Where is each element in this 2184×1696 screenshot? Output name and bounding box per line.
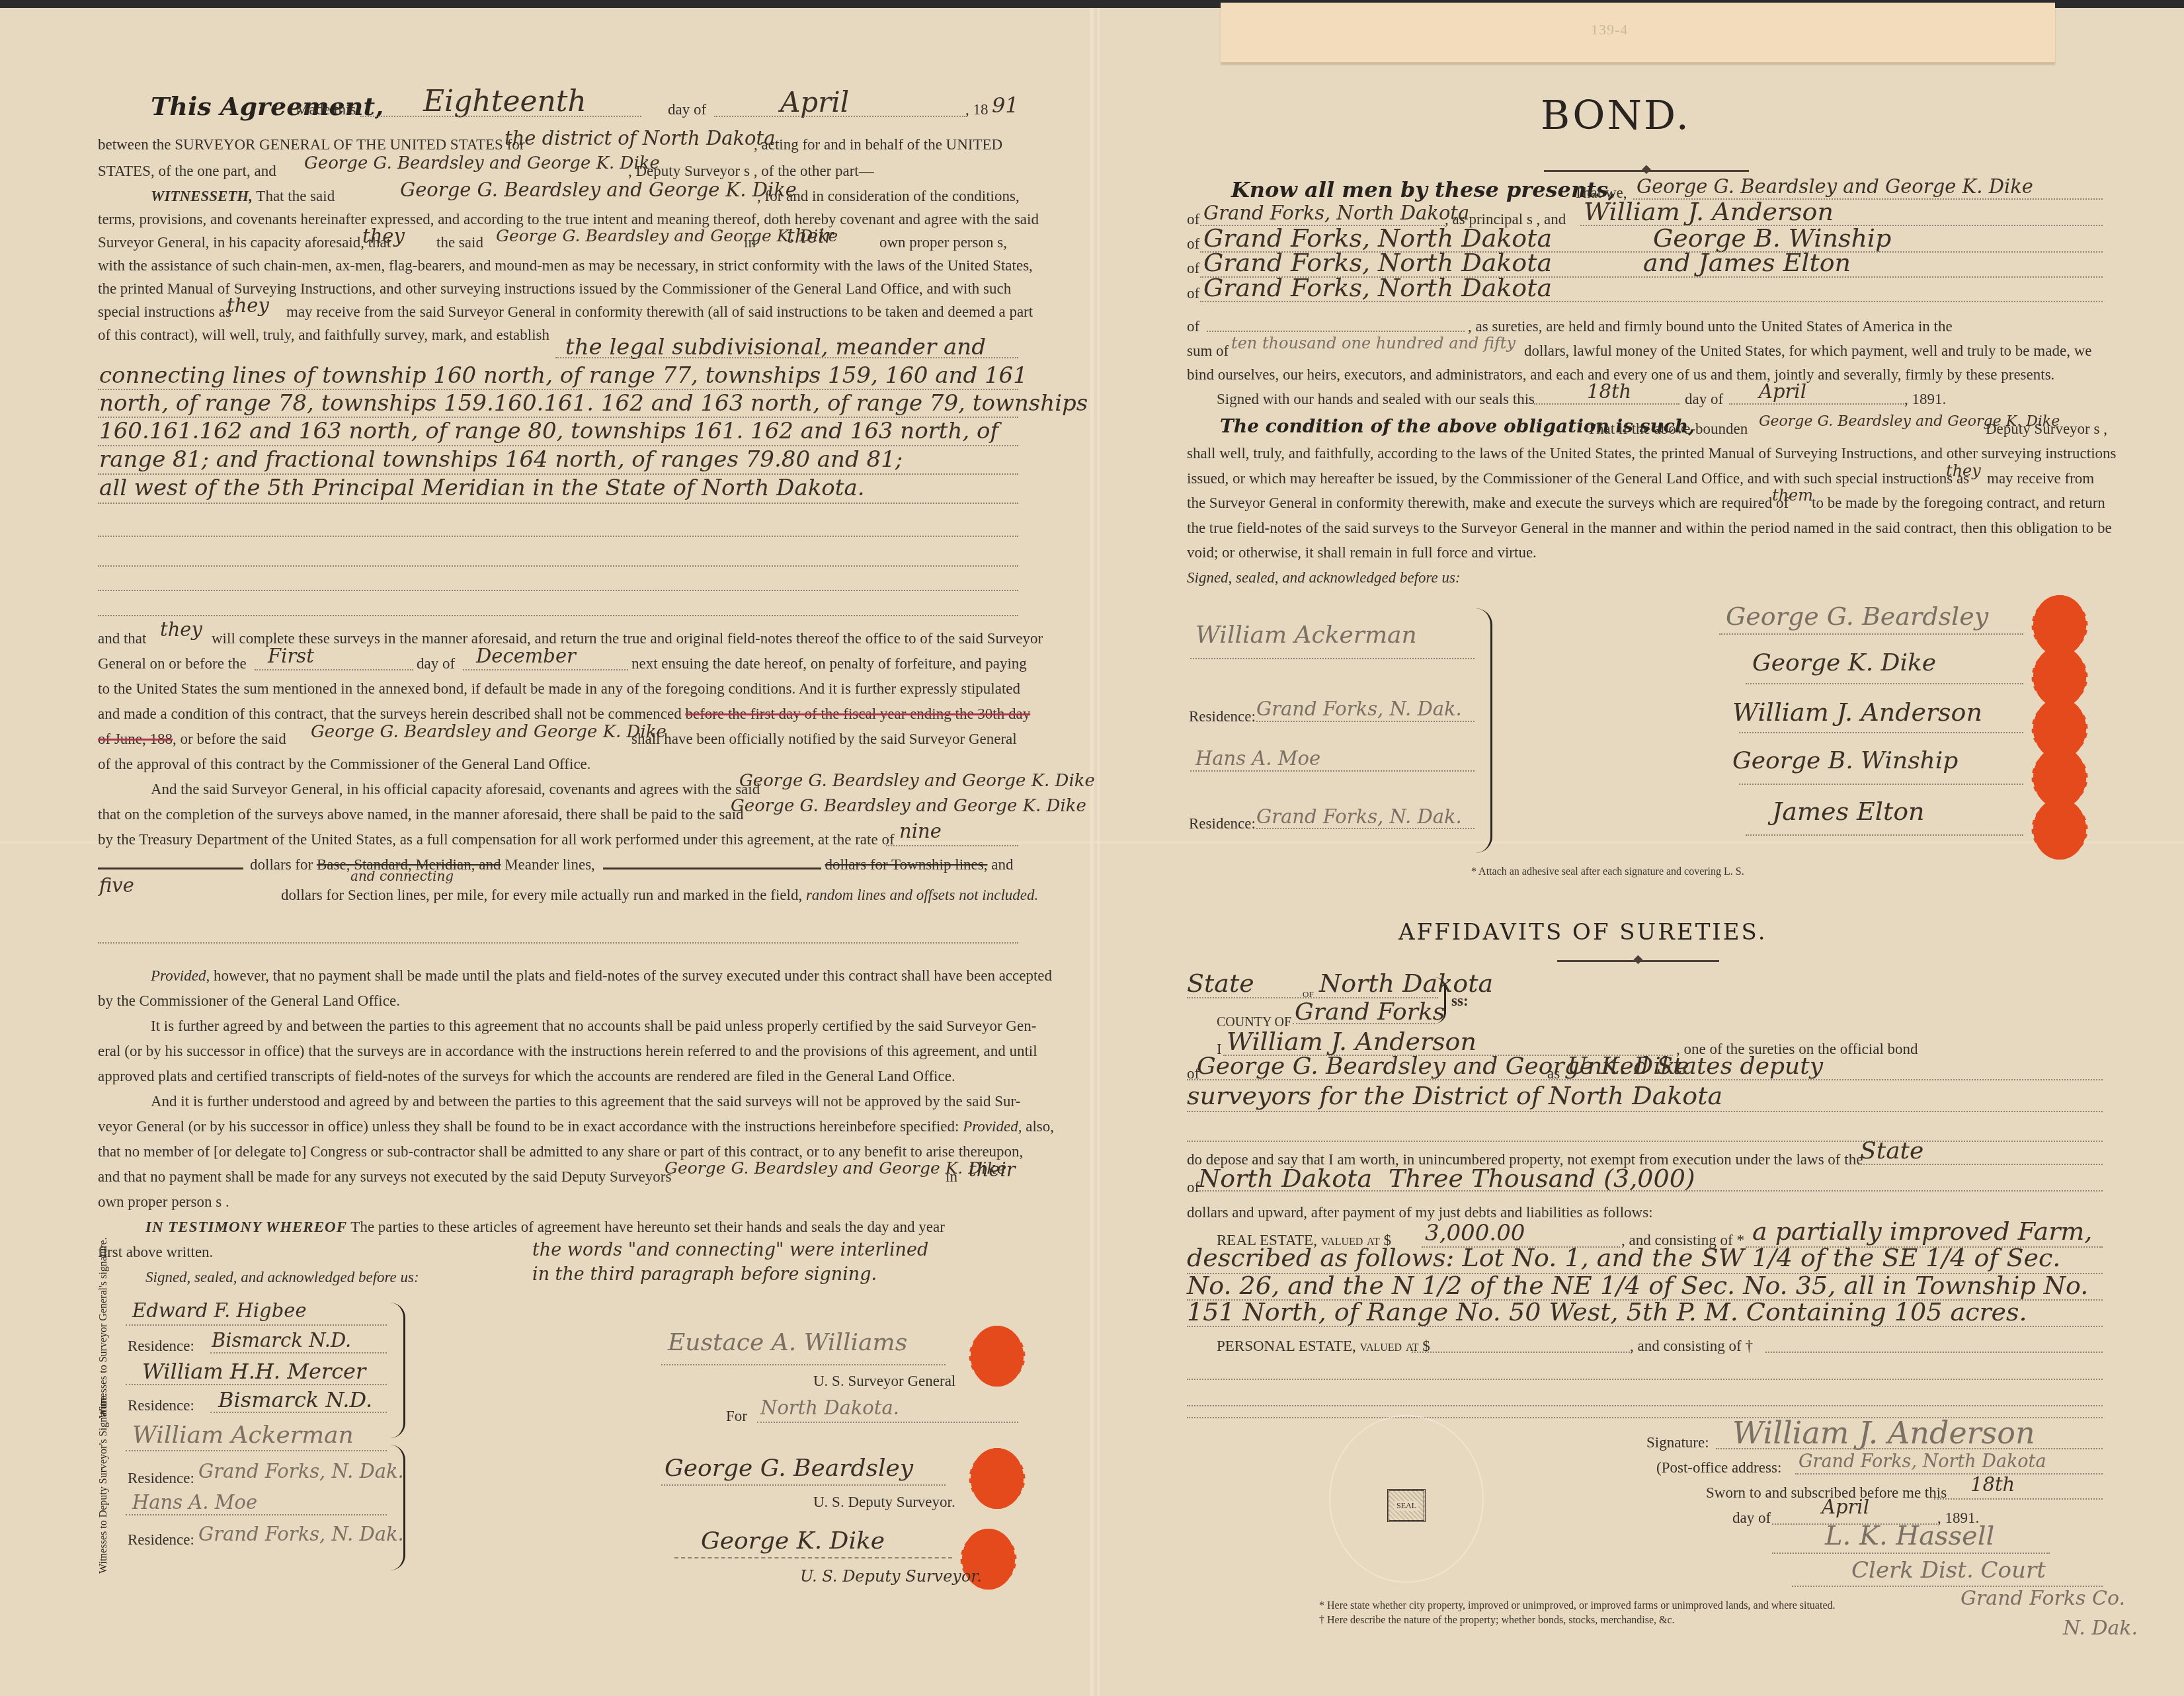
label: , 18 [965, 101, 989, 119]
bond-witness-name: William Ackerman [1195, 622, 1417, 649]
month-field[interactable]: April [780, 86, 849, 118]
real-estate-desc-3[interactable]: No. 26, and the N 1/2 of the NE 1/4 of S… [1187, 1271, 2088, 1300]
text: by the Treasury Department of the United… [98, 830, 895, 849]
archival-paper-slip: 139-4 [1221, 3, 2055, 63]
real-estate-desc-2[interactable]: described as follows: Lot No. 1, and the… [1187, 1243, 2060, 1272]
text: in [744, 233, 756, 252]
dotted-line [1534, 403, 1679, 405]
first-field[interactable]: First [268, 645, 314, 667]
text: next ensuing the date hereof, on penalty… [631, 655, 1027, 673]
dotted-line [360, 116, 641, 117]
bond-witness-residence: Grand Forks, N. Dak. [1256, 805, 1462, 828]
surety-name[interactable]: and James Elton [1643, 248, 1851, 277]
text: dollars, lawful money of the United Stat… [1524, 342, 2091, 360]
dotted-line [555, 357, 1018, 358]
parties-field-6[interactable]: George G. Beardsley and George K. Dike [731, 796, 1086, 816]
wax-seal [2033, 799, 2086, 860]
dotted-line [1187, 1379, 2103, 1380]
depose-field[interactable]: State [1860, 1137, 1923, 1164]
dotted-line [210, 1352, 387, 1353]
text: That if the above-bounden [1587, 420, 1748, 438]
worth-amount-field[interactable]: Three Thousand (3,000) [1389, 1164, 1695, 1193]
clerk-place-1: Grand Forks Co. [1961, 1587, 2125, 1610]
dotted-line [255, 669, 413, 670]
dotted-line [1190, 770, 1475, 772]
text: of this contract), will well, truly, and… [98, 326, 549, 344]
interline-note-1: the words "and connecting" were interlin… [532, 1240, 928, 1260]
dotted-line [1716, 1448, 2103, 1449]
text: issued, or which may hereafter be issued… [1187, 469, 1969, 488]
dotted-line [757, 1422, 1018, 1423]
deputy-title-2: U. S. Deputy Surveyor. [800, 1567, 982, 1586]
dotted-line [1187, 1405, 2103, 1406]
label: (Post-office address: [1656, 1459, 1781, 1477]
real-estate-desc-4[interactable]: 151 North, of Range No. 50 West, 5th P. … [1187, 1297, 2027, 1326]
dotted-line [98, 942, 1018, 944]
embossed-seal [1329, 1415, 1484, 1583]
text: by the Commissioner of the General Land … [98, 992, 400, 1010]
bond-title: BOND. [1541, 93, 1691, 139]
they-field[interactable]: they [362, 225, 405, 247]
label: , and consisting of † [1630, 1337, 1753, 1355]
residence-label: Residence: [128, 1337, 194, 1355]
text: own proper person s, [879, 233, 1007, 252]
dotted-line [1253, 828, 1475, 829]
dotted-line [1187, 1141, 2103, 1142]
dotted-line [126, 1384, 387, 1385]
they-field[interactable]: they [1946, 462, 1981, 480]
dotted-line [1765, 1352, 2103, 1353]
ornament-divider [1544, 170, 1749, 172]
text: of the approval of this contract by the … [98, 755, 591, 774]
text: special instructions as [98, 303, 231, 321]
text: , acting for and in behalf of the UNITED [754, 136, 1002, 154]
text: veyor General (or by his successor in of… [98, 1117, 1054, 1136]
ss-label: ss: [1451, 992, 1469, 1010]
affiant-signature: William J. Anderson [1732, 1415, 2035, 1451]
state-field[interactable]: State [1187, 969, 1254, 998]
december-field[interactable]: December [476, 645, 576, 667]
text: dollars for Base, Standard, Meridian, an… [98, 856, 1013, 874]
signed-sealed-label: Signed, sealed, and acknowledged before … [1187, 569, 1461, 587]
bond-witness-residence: Grand Forks, N. Dak. [1256, 698, 1462, 720]
center-fold [1090, 8, 1094, 1696]
text: eral (or by his successor in office) tha… [98, 1042, 1037, 1061]
principal-residence-field[interactable]: Grand Forks, North Dakota [1203, 202, 1469, 224]
text: to be made by the foregoing contract, an… [1812, 494, 2105, 512]
dotted-line [126, 1514, 387, 1515]
survey-line-5[interactable]: range 81; and fractional townships 164 n… [99, 446, 903, 473]
for-field: North Dakota. [760, 1396, 899, 1419]
wax-seal [971, 1326, 1024, 1387]
document-scan: 139-4 This Agreement, Made this Eighteen… [0, 0, 2184, 1696]
text: will complete these surveys in the manne… [212, 629, 1043, 648]
dotted-line [1412, 1352, 1630, 1353]
text: Surveyor General, in his capacity afores… [98, 233, 391, 252]
know-all-heading: Know all men by these presents, [1231, 177, 1615, 202]
po-address-field[interactable]: Grand Forks, North Dakota [1799, 1451, 2046, 1472]
residence-label: Residence: [128, 1531, 194, 1549]
dotted-line [1739, 784, 2023, 785]
affidavit-title: AFFIDAVITS OF SURETIES. [1398, 919, 1767, 946]
text: and made a condition of this contract, t… [98, 705, 1030, 723]
rate-meander-field[interactable]: nine [899, 820, 942, 842]
slip-number: 139-4 [1591, 21, 1628, 38]
parties-field-2[interactable]: George G. Beardsley and George K. Dike [400, 179, 797, 201]
real-estate-desc-1[interactable]: a partially improved Farm, [1752, 1217, 2092, 1246]
text: , as sureties, are held and firmly bound… [1468, 317, 1953, 336]
text: void; or otherwise, it shall remain in f… [1187, 544, 1537, 562]
surety-name[interactable]: William J. Anderson [1584, 197, 1834, 226]
text: shall have been officially notified by t… [631, 730, 1017, 748]
they-field-2[interactable]: they [227, 294, 269, 317]
as-field-2[interactable]: surveyors for the District of North Dako… [1187, 1081, 1722, 1110]
affiant-field[interactable]: William J. Anderson [1227, 1027, 1476, 1056]
dotted-line [1253, 721, 1475, 722]
witness-residence: Grand Forks, N. Dak. [198, 1523, 404, 1545]
text: shall well, truly, and faithfully, accor… [1187, 444, 2116, 463]
text: with the assistance of such chain-men, a… [98, 257, 1033, 275]
brace [390, 1303, 405, 1438]
dotted-line [714, 116, 965, 117]
rate-section-field[interactable]: five [99, 874, 134, 897]
signed-month-field[interactable]: April [1759, 380, 1806, 403]
label: of [1187, 210, 1199, 229]
text: , Deputy Surveyor s , of the other part— [628, 162, 874, 181]
text: General on or before the [98, 655, 247, 673]
dotted-line [126, 1324, 387, 1326]
witness-name: William H.H. Mercer [142, 1359, 366, 1384]
dotted-line [1746, 683, 2023, 684]
sworn-day-field[interactable]: 18th [1970, 1473, 2015, 1496]
text: It is further agreed by and between the … [151, 1017, 1036, 1035]
dotted-line [674, 1557, 952, 1558]
survey-line-3[interactable]: north, of range 78, townships 159.160.16… [99, 390, 1088, 417]
label: PERSONAL ESTATE, valued at $ [1217, 1337, 1430, 1355]
dotted-line [126, 1450, 387, 1451]
dotted-line [1293, 1023, 1435, 1024]
dotted-line [661, 1484, 946, 1486]
bond-signature: William J. Anderson [1732, 698, 1982, 727]
brace [1476, 608, 1492, 853]
their-field-2[interactable]: their [969, 1158, 1016, 1181]
label: Signature: [1646, 1434, 1709, 1452]
witness-name: Hans A. Moe [132, 1491, 257, 1514]
dotted-line [98, 590, 1018, 591]
text: And the said Surveyor General, in his of… [151, 780, 760, 799]
residence-label: Residence: [128, 1396, 194, 1415]
text: own proper person s . [98, 1193, 229, 1211]
text: to the United States the sum mentioned i… [98, 680, 1020, 698]
text: approved plats and certified transcripts… [98, 1067, 955, 1086]
footnote-1: * Here state whether city property, impr… [1319, 1600, 1836, 1612]
survey-line-6[interactable]: all west of the 5th Principal Meridian i… [99, 475, 864, 501]
title: U. S. Surveyor General [813, 1372, 955, 1391]
struck-text: of June, 188 [98, 731, 173, 747]
parties-field-4[interactable]: George G. Beardsley and George K. Dike [311, 722, 667, 742]
residence-label: Residence: [1189, 815, 1256, 833]
survey-line-4[interactable]: 160.161.162 and 163 north, of range 80, … [99, 418, 998, 444]
sworn-month-field[interactable]: April [1822, 1496, 1869, 1518]
worth-state-field[interactable]: North Dakota [1198, 1164, 1372, 1193]
text: STATES, of the one part, and [98, 162, 276, 181]
sum-field[interactable]: ten thousand one hundred and fifty [1231, 334, 1516, 352]
principals-field[interactable]: George G. Beardsley and George K. Dike [1637, 175, 2033, 198]
bond-signature: George B. Winship [1732, 747, 1958, 774]
label: of [1187, 317, 1199, 336]
dotted-line [886, 845, 1018, 846]
survey-line-2[interactable]: connecting lines of township 160 north, … [99, 362, 1028, 389]
as-field-1[interactable]: United States deputy [1567, 1053, 1823, 1080]
dotted-line [98, 536, 1018, 537]
text: may receive from the said Surveyor Gener… [286, 303, 1033, 321]
text: may receive from [1987, 469, 2094, 488]
text: the true field-notes of the said surveys… [1187, 519, 2112, 538]
parties-field[interactable]: George G. Beardsley and George K. Dike [304, 153, 660, 173]
dotted-line [1197, 1190, 2103, 1191]
label: day of [668, 101, 706, 119]
bond-signature: James Elton [1772, 797, 1925, 826]
their-field[interactable]: their [787, 225, 834, 247]
them-field[interactable]: them [1772, 486, 1813, 505]
label: of [1187, 235, 1199, 253]
witness-residence: Bismarck N.D. [212, 1329, 351, 1352]
text: first above written. [98, 1243, 213, 1262]
residence-label: Residence: [1189, 707, 1256, 726]
interlined-text: and connecting [350, 868, 454, 884]
text: day of [417, 655, 455, 673]
day-field[interactable]: Eighteenth [423, 85, 586, 118]
text: , 1891. [1904, 390, 1946, 409]
witness-label-deputy: Witnesses to Deputy Surveyor's Signature… [98, 1471, 110, 1574]
text: between the SURVEYOR GENERAL OF THE UNIT… [98, 136, 524, 154]
text: in [946, 1168, 957, 1186]
bond-signature: George K. Dike [1752, 649, 1936, 676]
dotted-line [1190, 658, 1475, 659]
surveyor-general-signature: Eustace A. Williams [668, 1329, 907, 1356]
dotted-line [1207, 331, 1465, 332]
dotted-line [1187, 1111, 2103, 1112]
witness-residence: Grand Forks, N. Dak. [198, 1460, 404, 1482]
clerk-place-2: N. Dak. [2063, 1617, 2138, 1640]
label: day of [1732, 1509, 1771, 1527]
text: Provided, however, that no payment shall… [151, 967, 1052, 985]
dotted-line [1858, 1164, 2103, 1165]
deputy-signature-1: George G. Beardsley [665, 1455, 913, 1482]
label: of [1187, 259, 1199, 278]
survey-line-1[interactable]: the legal subdivisional, meander and [565, 334, 986, 360]
dotted-line [1934, 1498, 2103, 1500]
ornament-divider [1557, 960, 1719, 962]
year-field[interactable]: 91 [992, 93, 1019, 118]
center-fold-2 [1098, 8, 1100, 1696]
seal-note: * Attach an adhesive seal after each sig… [1471, 866, 1744, 878]
text: Deputy Surveyor s , [1986, 420, 2107, 438]
dotted-line [1187, 1326, 2103, 1327]
dotted-line [98, 565, 1018, 567]
residence-label: Residence: [128, 1469, 194, 1488]
clerk-signature: L. K. Hassell [1825, 1521, 1994, 1551]
title: U. S. Deputy Surveyor. [813, 1493, 955, 1512]
parties-field-5[interactable]: George G. Beardsley and George K. Dike [739, 771, 1095, 791]
wax-seal [971, 1448, 1024, 1509]
bond-witness-name: Hans A. Moe [1195, 747, 1320, 770]
signed-day-field[interactable]: 18th [1587, 380, 1631, 403]
dotted-line [1746, 834, 2023, 836]
testimony: IN TESTIMONY WHEREOF The parties to thes… [145, 1218, 945, 1236]
text: of June, 188, or before the said [98, 730, 286, 748]
witnesseth: WITNESSETH, That the said [151, 187, 335, 206]
dotted-line [1719, 633, 2023, 635]
label: of [1187, 284, 1199, 303]
witness-name: William Ackerman [132, 1422, 354, 1449]
dotted-line [98, 503, 1018, 504]
text: the Surveyor General in conformity there… [1187, 494, 1789, 512]
text: And it is further understood and agreed … [151, 1092, 1020, 1111]
bond-signature: George G. Beardsley [1726, 602, 1988, 631]
label: day of [1685, 390, 1723, 409]
dotted-line [1795, 1473, 2103, 1474]
dotted-line [98, 615, 1018, 616]
text: dollars for Section lines, per mile, for… [281, 886, 1038, 905]
surety-residence[interactable]: Grand Forks, North Dakota [1203, 273, 1552, 302]
text: Signed with our hands and sealed with ou… [1217, 390, 1535, 409]
text: dollars and upward, after payment of my … [1187, 1203, 1653, 1222]
text: , for and in consideration of the condit… [757, 187, 1020, 206]
dotted-line [661, 1364, 946, 1365]
deputy-signature-2: George K. Dike [701, 1527, 885, 1555]
struck-text: before the first day of the fiscal year … [685, 706, 1030, 722]
text: and that no payment shall be made for an… [98, 1168, 671, 1186]
label: sum of [1187, 342, 1229, 360]
witness-name: Edward F. Higbee [132, 1299, 307, 1322]
dotted-line [210, 1412, 387, 1413]
footnote-2: † Here describe the nature of the proper… [1319, 1615, 1675, 1627]
text: the said [436, 233, 483, 252]
they-field-3[interactable]: they [160, 618, 202, 641]
interline-note-2: in the third paragraph before signing. [532, 1264, 877, 1285]
label: Made this [296, 101, 356, 119]
label: For [726, 1407, 747, 1426]
dotted-line [1187, 1079, 2103, 1080]
text: that on the completion of the surveys ab… [98, 805, 744, 824]
dotted-line [1772, 1553, 2050, 1554]
dotted-line [1729, 403, 1904, 405]
clerk-title: Clerk Dist. Court [1851, 1557, 2046, 1584]
text: and that [98, 629, 146, 648]
dotted-line [463, 669, 628, 670]
dotted-line [1739, 732, 2023, 733]
signed-sealed-label: Signed, sealed, and acknowledged before … [145, 1268, 419, 1287]
real-estate-value-field[interactable]: 3,000.00 [1425, 1220, 1525, 1246]
witness-residence: Bismarck N.D. [218, 1387, 372, 1412]
district-field[interactable]: the district of North Dakota [505, 127, 776, 149]
county-field[interactable]: Grand Forks [1295, 998, 1445, 1026]
dotted-line [1200, 301, 2103, 302]
